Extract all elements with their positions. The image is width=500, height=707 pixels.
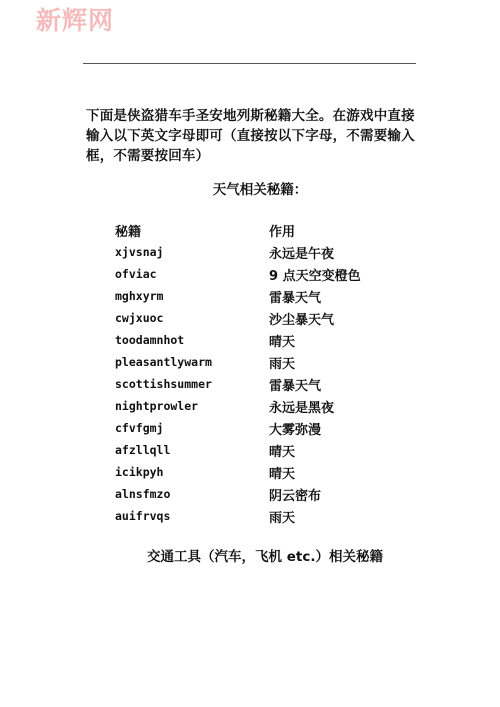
table-row: cwjxuoc 沙尘暴天气 xyxy=(115,307,375,329)
table-row: mghxyrm 雷暴天气 xyxy=(115,285,375,307)
header-divider xyxy=(83,63,416,64)
table-row: toodamnhot 晴天 xyxy=(115,329,375,351)
vehicle-section-title: 交通工具（汽车，飞机 etc.）相关秘籍 xyxy=(15,548,500,566)
cheat-effect: 雨天 xyxy=(269,353,295,372)
cheat-effect: 永远是午夜 xyxy=(269,243,334,262)
cheat-code: scottishsummer xyxy=(115,377,269,391)
cheat-code: mghxyrm xyxy=(115,289,269,303)
cheat-effect: 雷暴天气 xyxy=(269,287,321,306)
cheat-code: pleasantlywarm xyxy=(115,355,269,369)
table-row: afzllqll 晴天 xyxy=(115,439,375,461)
cheat-code: cfvfgmj xyxy=(115,421,269,435)
table-row: nightprowler 永远是黑夜 xyxy=(115,395,375,417)
cheat-effect: 9 点天空变橙色 xyxy=(269,265,361,284)
weather-section-title: 天气相关秘籍： xyxy=(10,181,500,199)
table-header-row: 秘籍 作用 xyxy=(115,219,375,241)
cheat-effect: 大雾弥漫 xyxy=(269,419,321,438)
weather-cheat-table: 秘籍 作用 xjvsnaj 永远是午夜 ofviac 9 点天空变橙色 mghx… xyxy=(115,219,375,527)
header-code: 秘籍 xyxy=(115,221,269,240)
cheat-effect: 雨天 xyxy=(269,507,295,526)
cheat-effect: 永远是黑夜 xyxy=(269,397,334,416)
intro-paragraph: 下面是侠盗猎车手圣安地列斯秘籍大全。在游戏中直接输入以下英文字母即可（直接按以下… xyxy=(86,106,420,166)
cheat-code: afzllqll xyxy=(115,443,269,457)
table-row: pleasantlywarm 雨天 xyxy=(115,351,375,373)
table-row: cfvfgmj 大雾弥漫 xyxy=(115,417,375,439)
cheat-effect: 晴天 xyxy=(269,331,295,350)
table-row: xjvsnaj 永远是午夜 xyxy=(115,241,375,263)
cheat-code: cwjxuoc xyxy=(115,311,269,325)
cheat-code: alnsfmzo xyxy=(115,487,269,501)
cheat-effect: 雷暴天气 xyxy=(269,375,321,394)
cheat-code: ofviac xyxy=(115,267,269,281)
cheat-effect: 晴天 xyxy=(269,463,295,482)
cheat-code: auifrvqs xyxy=(115,509,269,523)
table-row: scottishsummer 雷暴天气 xyxy=(115,373,375,395)
table-row: icikpyh 晴天 xyxy=(115,461,375,483)
cheat-code: icikpyh xyxy=(115,465,269,479)
table-row: ofviac 9 点天空变橙色 xyxy=(115,263,375,285)
table-row: auifrvqs 雨天 xyxy=(115,505,375,527)
cheat-code: nightprowler xyxy=(115,399,269,413)
cheat-effect: 阴云密布 xyxy=(269,485,321,504)
cheat-effect: 晴天 xyxy=(269,441,295,460)
cheat-code: toodamnhot xyxy=(115,333,269,347)
header-effect: 作用 xyxy=(269,221,295,240)
cheat-code: xjvsnaj xyxy=(115,245,269,259)
site-watermark-logo: 新辉网 xyxy=(36,6,114,36)
table-row: alnsfmzo 阴云密布 xyxy=(115,483,375,505)
cheat-effect: 沙尘暴天气 xyxy=(269,309,334,328)
